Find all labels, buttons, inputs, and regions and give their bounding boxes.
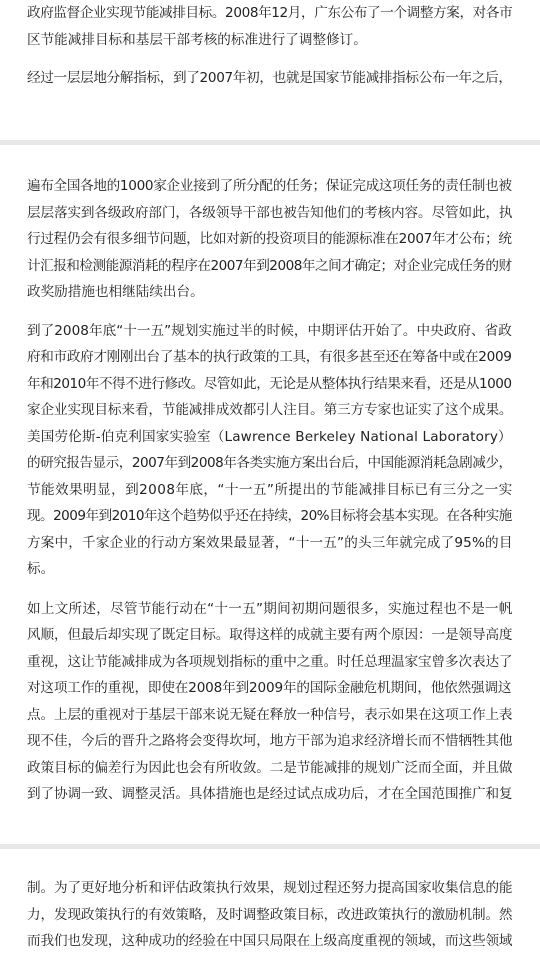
text-line: 到了协调一致、调整灵活。具体措施也是经过试点成功后，才在全国范围推广和复: [27, 784, 512, 804]
text-line: 标。: [27, 559, 54, 579]
text-line: 现。2009年到2010年这个趋势似乎还在持续，20%目标将会基本实现。在各种实…: [27, 506, 512, 526]
text-line: 风顺，但最后却实现了既定目标。取得这样的成就主要有两个原因：一是领导高度: [27, 625, 512, 645]
text-line: 层层落实到各级政府部门，各级领导干部也被告知他们的考核内容。尽管如此，执: [27, 203, 512, 223]
text-line: 而我们也发现，这种成功的经验在中国只局限在上级高度重视的领域，而这些领域: [27, 931, 512, 951]
text-line: 制。为了更好地分析和评估政策执行效果，规划过程还努力提高国家收集信息的能: [27, 878, 512, 898]
text-line: 力，发现政策执行的有效策略，及时调整政策目标，改进政策执行的激励机制。然: [27, 905, 512, 925]
text-line: 政策目标的偏差行为因此也会有所收敛。二是节能减排的规划广泛而全面，并且做: [27, 758, 512, 778]
text-line: 的研究报告显示，2007年到2008年各类实施方案出台后，中国能源消耗急剧减少，: [27, 453, 512, 473]
text-line: 行过程仍会有很多细节问题，比如对新的投资项目的能源标准在2007年才公布；统: [27, 229, 512, 249]
text-line: 现不佳，今后的晋升之路将会变得坎坷，地方干部为追求经济增长而不惜牺牲其他: [27, 731, 512, 751]
text-line: 美国劳伦斯-伯克利国家实验室（Lawrence Berkeley Nationa…: [27, 427, 512, 447]
text-line: 区节能减排目标和基层干部考核的标准进行了调整修订。: [27, 30, 367, 50]
page-separator: [0, 140, 540, 145]
text-line: 到了2008年底“十一五”规划实施过半的时候，中期评估开始了。中央政府、省政: [27, 321, 512, 341]
text-line: 家企业实现目标来看，节能减排成效都引人注目。第三方专家也证实了这个成果。: [27, 400, 512, 420]
text-line: 政奖励措施也相继陆续出台。: [27, 282, 204, 302]
text-line: 节能效果明显，到2008年底，“十一五”所提出的节能减排目标已有三分之一实: [27, 480, 513, 500]
text-line: 政府监督企业实现节能减排目标。2008年12月，广东公布了一个调整方案，对各市: [27, 3, 512, 23]
text-line: 如上文所述，尽管节能行动在“十一五”期间初期问题很多，实施过程也不是一帆: [27, 599, 513, 619]
text-line: 计汇报和检测能源消耗的程序在2007年到2008年之间才确定；对企业完成任务的财: [27, 256, 512, 276]
page-separator: [0, 844, 540, 849]
text-line: 遍布全国各地的1000家企业接到了所分配的任务；保证完成这项任务的责任制也被: [27, 176, 512, 196]
text-line: 重视，这让节能减排成为各项规划指标的重中之重。时任总理温家宝曾多次表达了: [27, 652, 512, 672]
text-line: 年和2010年不得不进行修改。尽管如此，无论是从整体执行结果来看，还是从1000: [27, 374, 512, 394]
text-line: 经过一层层地分解指标，到了2007年初，也就是国家节能减排指标公布一年之后，: [27, 68, 512, 88]
text-line: 府和市政府才刚刚出台了基本的执行政策的工具，有很多甚至还在筹备中或在2009: [27, 347, 512, 367]
text-line: 对这项工作的重视，即使在2008年到2009年的国际金融危机期间，他依然强调这: [27, 678, 511, 698]
text-line: 点。上层的重视对于基层干部来说无疑在释放一种信号，表示如果在这项工作上表: [27, 705, 512, 725]
text-line: 方案中，千家企业的行动方案效果最显著，“十一五”的头三年就完成了95%的目: [27, 533, 513, 553]
